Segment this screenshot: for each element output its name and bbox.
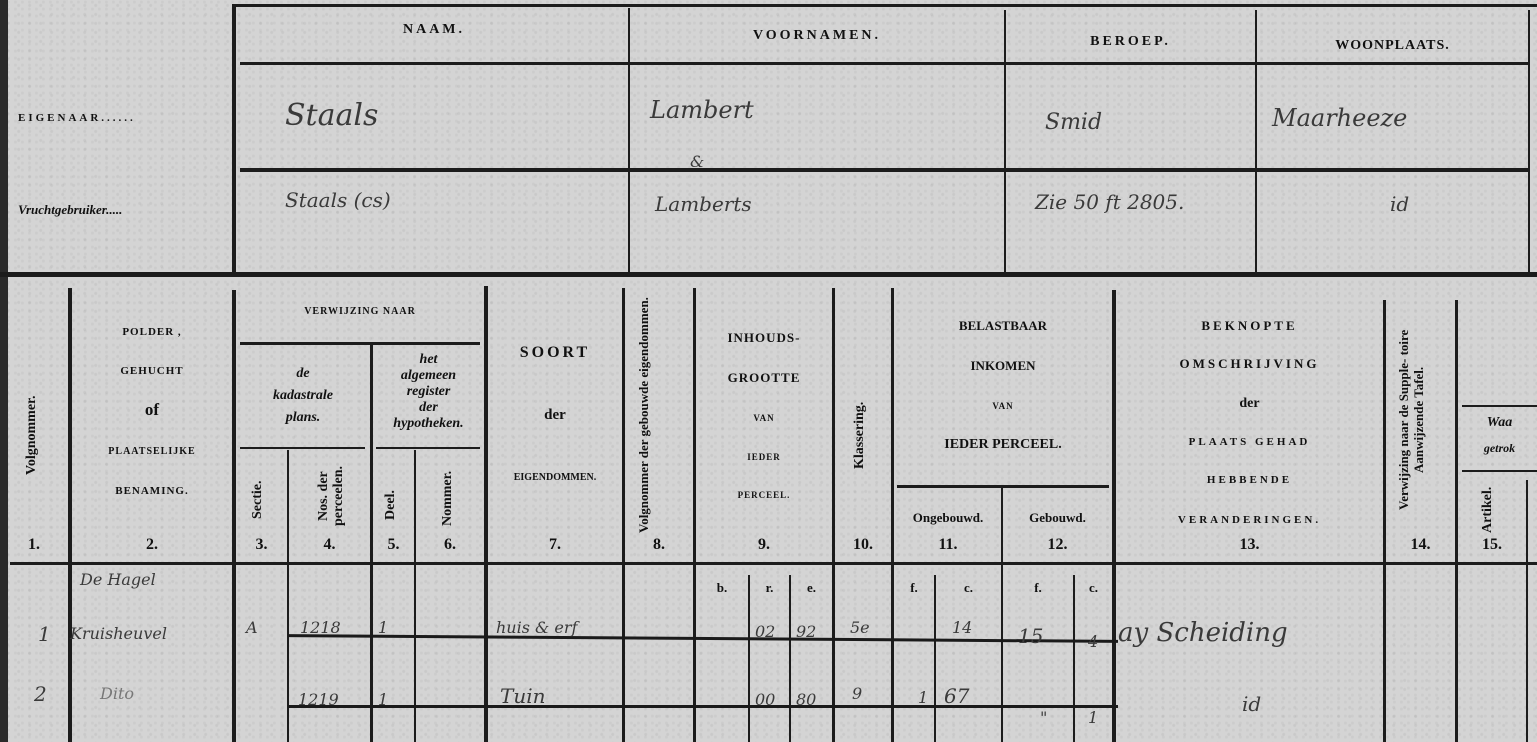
row-2-built-f: " (1040, 708, 1047, 727)
usufructuary-residence: id (1390, 192, 1409, 216)
owner-header-rule (240, 62, 1530, 65)
mortgage-line3: register (373, 384, 484, 400)
unit-built-c: c. (1075, 580, 1112, 596)
col-rule (68, 288, 72, 742)
col6-label: Nommer. (440, 456, 458, 540)
income-line3: VAN (894, 401, 1112, 411)
row-1-area-e: 92 (796, 622, 816, 641)
col-rule (832, 288, 835, 742)
usufructuary-first-names: Lamberts (655, 192, 752, 216)
col-num-9: 9. (696, 536, 832, 554)
col2-line4: PLAATSELIJKE (72, 446, 232, 457)
row-1-changes: ay Scheiding (1118, 618, 1288, 648)
col5-label: Deel. (383, 470, 401, 540)
label-owner: EIGENAAR...... (18, 112, 136, 124)
col-num-10: 10. (835, 536, 891, 554)
col-rule (1383, 300, 1386, 742)
col-rule (287, 450, 289, 742)
row-2-strike-line (288, 705, 1118, 708)
owner-name: Staals (285, 98, 378, 133)
col8-label: Volgnommer der gebouwde eigendommen. (636, 290, 672, 540)
scan-edge (0, 0, 8, 742)
row-1-area-r: 02 (755, 622, 775, 641)
col13-line5: HEBBENDE (1116, 474, 1383, 486)
col1-label: Volgnommer. (24, 360, 46, 510)
income-line1: BELASTBAAR (894, 318, 1112, 334)
cadastral-line3: plans. (236, 410, 370, 426)
row-1-sectie: A (246, 618, 258, 637)
row-1-soort: huis & erf (496, 618, 577, 637)
row-2-soort: Tuin (500, 684, 546, 708)
owner-row-rule (240, 168, 1530, 172)
col2-line3: of (72, 400, 232, 420)
col-rule (748, 575, 750, 742)
col14-label: Verwijzing naar de Supple- toire Aanwijz… (1396, 305, 1444, 535)
row-1-perceel: 1218 (300, 618, 341, 637)
row-1-deel: 1 (378, 618, 388, 637)
col12-label: Gebouwd. (1003, 510, 1112, 526)
col3-label: Sectie. (250, 460, 268, 540)
partial-line1: Waa (1462, 415, 1537, 431)
unit-unbuilt-c: c. (936, 580, 1001, 596)
col13-line1: BEKNOPTE (1116, 318, 1383, 334)
col10-label: Klassering. (852, 380, 870, 490)
col2-line2: GEHUCHT (72, 365, 232, 377)
col15-label: Artikel. (1480, 480, 1498, 540)
col-num-1: 1. (14, 536, 54, 554)
col13-line6: VERANDERINGEN. (1116, 514, 1383, 526)
col-num-15: 15. (1458, 536, 1526, 554)
usufructuary-profession: Zie 50 ft 2805. (1035, 190, 1184, 214)
row-1-built-f: 15 (1018, 624, 1043, 648)
header-profession: BEROEP. (1006, 34, 1255, 50)
header-residence: WOONPLAATS. (1257, 38, 1528, 54)
col13-line3: der (1116, 396, 1383, 412)
cadastral-line1: de (236, 366, 370, 382)
header-first-names: VOORNAMEN. (630, 28, 1004, 44)
col7-line1: SOORT (488, 344, 622, 362)
group-rule-partial (1462, 405, 1537, 407)
col9-line2: GROOTTE (696, 370, 832, 386)
usufructuary-first-names-annotation: & (690, 152, 704, 171)
col7-line2: der (488, 407, 622, 424)
col13-line4: PLAATS GEHAD (1116, 436, 1383, 448)
col-num-14: 14. (1386, 536, 1455, 554)
col9-line5: PERCEEL. (696, 490, 832, 500)
col-num-12: 12. (1003, 536, 1112, 554)
row-1-unbuilt-c: 14 (952, 618, 972, 637)
col7-line3: EIGENDOMMEN. (488, 472, 622, 483)
owner-col-rule (1528, 10, 1530, 276)
income-line2: INKOMEN (894, 358, 1112, 374)
group-rule-reference (240, 342, 480, 345)
mortgage-line5: hypotheken. (373, 416, 484, 432)
row-1-place-top: De Hagel (80, 570, 156, 589)
row-2-area-e: 80 (796, 690, 816, 709)
mortgage-line4: der (373, 400, 484, 416)
col-num-4: 4. (289, 536, 370, 554)
col-rule (232, 290, 236, 742)
col-num-8: 8. (625, 536, 693, 554)
row-1-klassering: 5e (850, 618, 870, 637)
col2-line5: BENAMING. (72, 485, 232, 497)
row-2-klassering: 9 (852, 684, 862, 703)
row-1-built-c: 4 (1088, 632, 1098, 651)
unit-unbuilt-f: f. (894, 580, 934, 596)
col-num-7: 7. (488, 536, 622, 554)
col-num-3: 3. (236, 536, 287, 554)
col-num-5: 5. (373, 536, 414, 554)
col9-line1: INHOUDS- (696, 330, 832, 346)
col-rule (789, 575, 791, 742)
unit-area-r: r. (750, 580, 789, 596)
group-rule-partial (1462, 470, 1537, 472)
unit-area-e: e. (791, 580, 832, 596)
col-rule (414, 450, 416, 742)
cadastral-register-page: NAAM. VOORNAMEN. BEROEP. WOONPLAATS. EIG… (0, 0, 1537, 742)
cadastral-line2: kadastrale (236, 388, 370, 404)
owner-top-rule (232, 4, 1537, 7)
col-rule (1001, 488, 1003, 742)
col-rule (1073, 575, 1075, 742)
header-name: NAAM. (240, 22, 628, 38)
owner-col-rule (628, 8, 630, 276)
col-rule (934, 575, 936, 742)
group-rule-cadastral (240, 447, 365, 449)
row-2-volgnommer: 2 (34, 682, 47, 706)
mortgage-line2: algemeen (373, 368, 484, 384)
col-num-11: 11. (894, 536, 1002, 554)
owner-residence: Maarheeze (1272, 104, 1407, 132)
row-2-area-r: 00 (755, 690, 775, 709)
col2-line1: POLDER , (72, 326, 232, 338)
col-num-6: 6. (416, 536, 484, 554)
col-rule (622, 288, 625, 742)
group-rule-mortgage (376, 447, 480, 449)
header-bottom-rule (10, 562, 1537, 565)
unit-area-b: b. (696, 580, 748, 596)
col9-line4: IEDER (696, 452, 832, 462)
row-2-deel: 1 (378, 690, 388, 709)
owner-left-rule (232, 4, 236, 276)
section-divider (0, 272, 1537, 277)
row-2-perceel: 1219 (298, 690, 339, 709)
row-1-place: Kruisheuvel (70, 624, 167, 643)
owner-first-names: Lambert (650, 96, 754, 124)
col-num-13: 13. (1116, 536, 1383, 554)
mortgage-line1: het (373, 352, 484, 368)
col13-line2: OMSCHRIJVING (1116, 356, 1383, 372)
row-2-place: Dito (100, 684, 134, 703)
group-rule-income (897, 485, 1109, 488)
col-num-2: 2. (72, 536, 232, 554)
row-2-unbuilt-c: 67 (944, 684, 969, 708)
row-2-built-c: 1 (1088, 708, 1098, 727)
unit-built-f: f. (1003, 580, 1073, 596)
row-2-unbuilt-f: 1 (918, 688, 928, 707)
group-reference: VERWIJZING NAAR (236, 306, 484, 317)
col-rule (1455, 300, 1458, 742)
partial-line2: getrok (1462, 440, 1537, 456)
income-line4: IEDER PERCEEL. (894, 437, 1112, 453)
usufructuary-name: Staals (cs) (285, 188, 391, 212)
owner-profession: Smid (1045, 110, 1102, 135)
row-1-strike-line (288, 634, 1118, 643)
row-1-volgnommer: 1 (38, 622, 51, 646)
col4-label: Nos. der perceelen. (316, 452, 352, 540)
row-2-changes: id (1242, 692, 1261, 716)
col9-line3: VAN (696, 413, 832, 423)
col-rule (693, 288, 696, 742)
col11-label: Ongebouwd. (894, 510, 1002, 526)
col-rule (1526, 480, 1528, 742)
label-usufructuary: Vruchtgebruiker..... (18, 202, 122, 218)
